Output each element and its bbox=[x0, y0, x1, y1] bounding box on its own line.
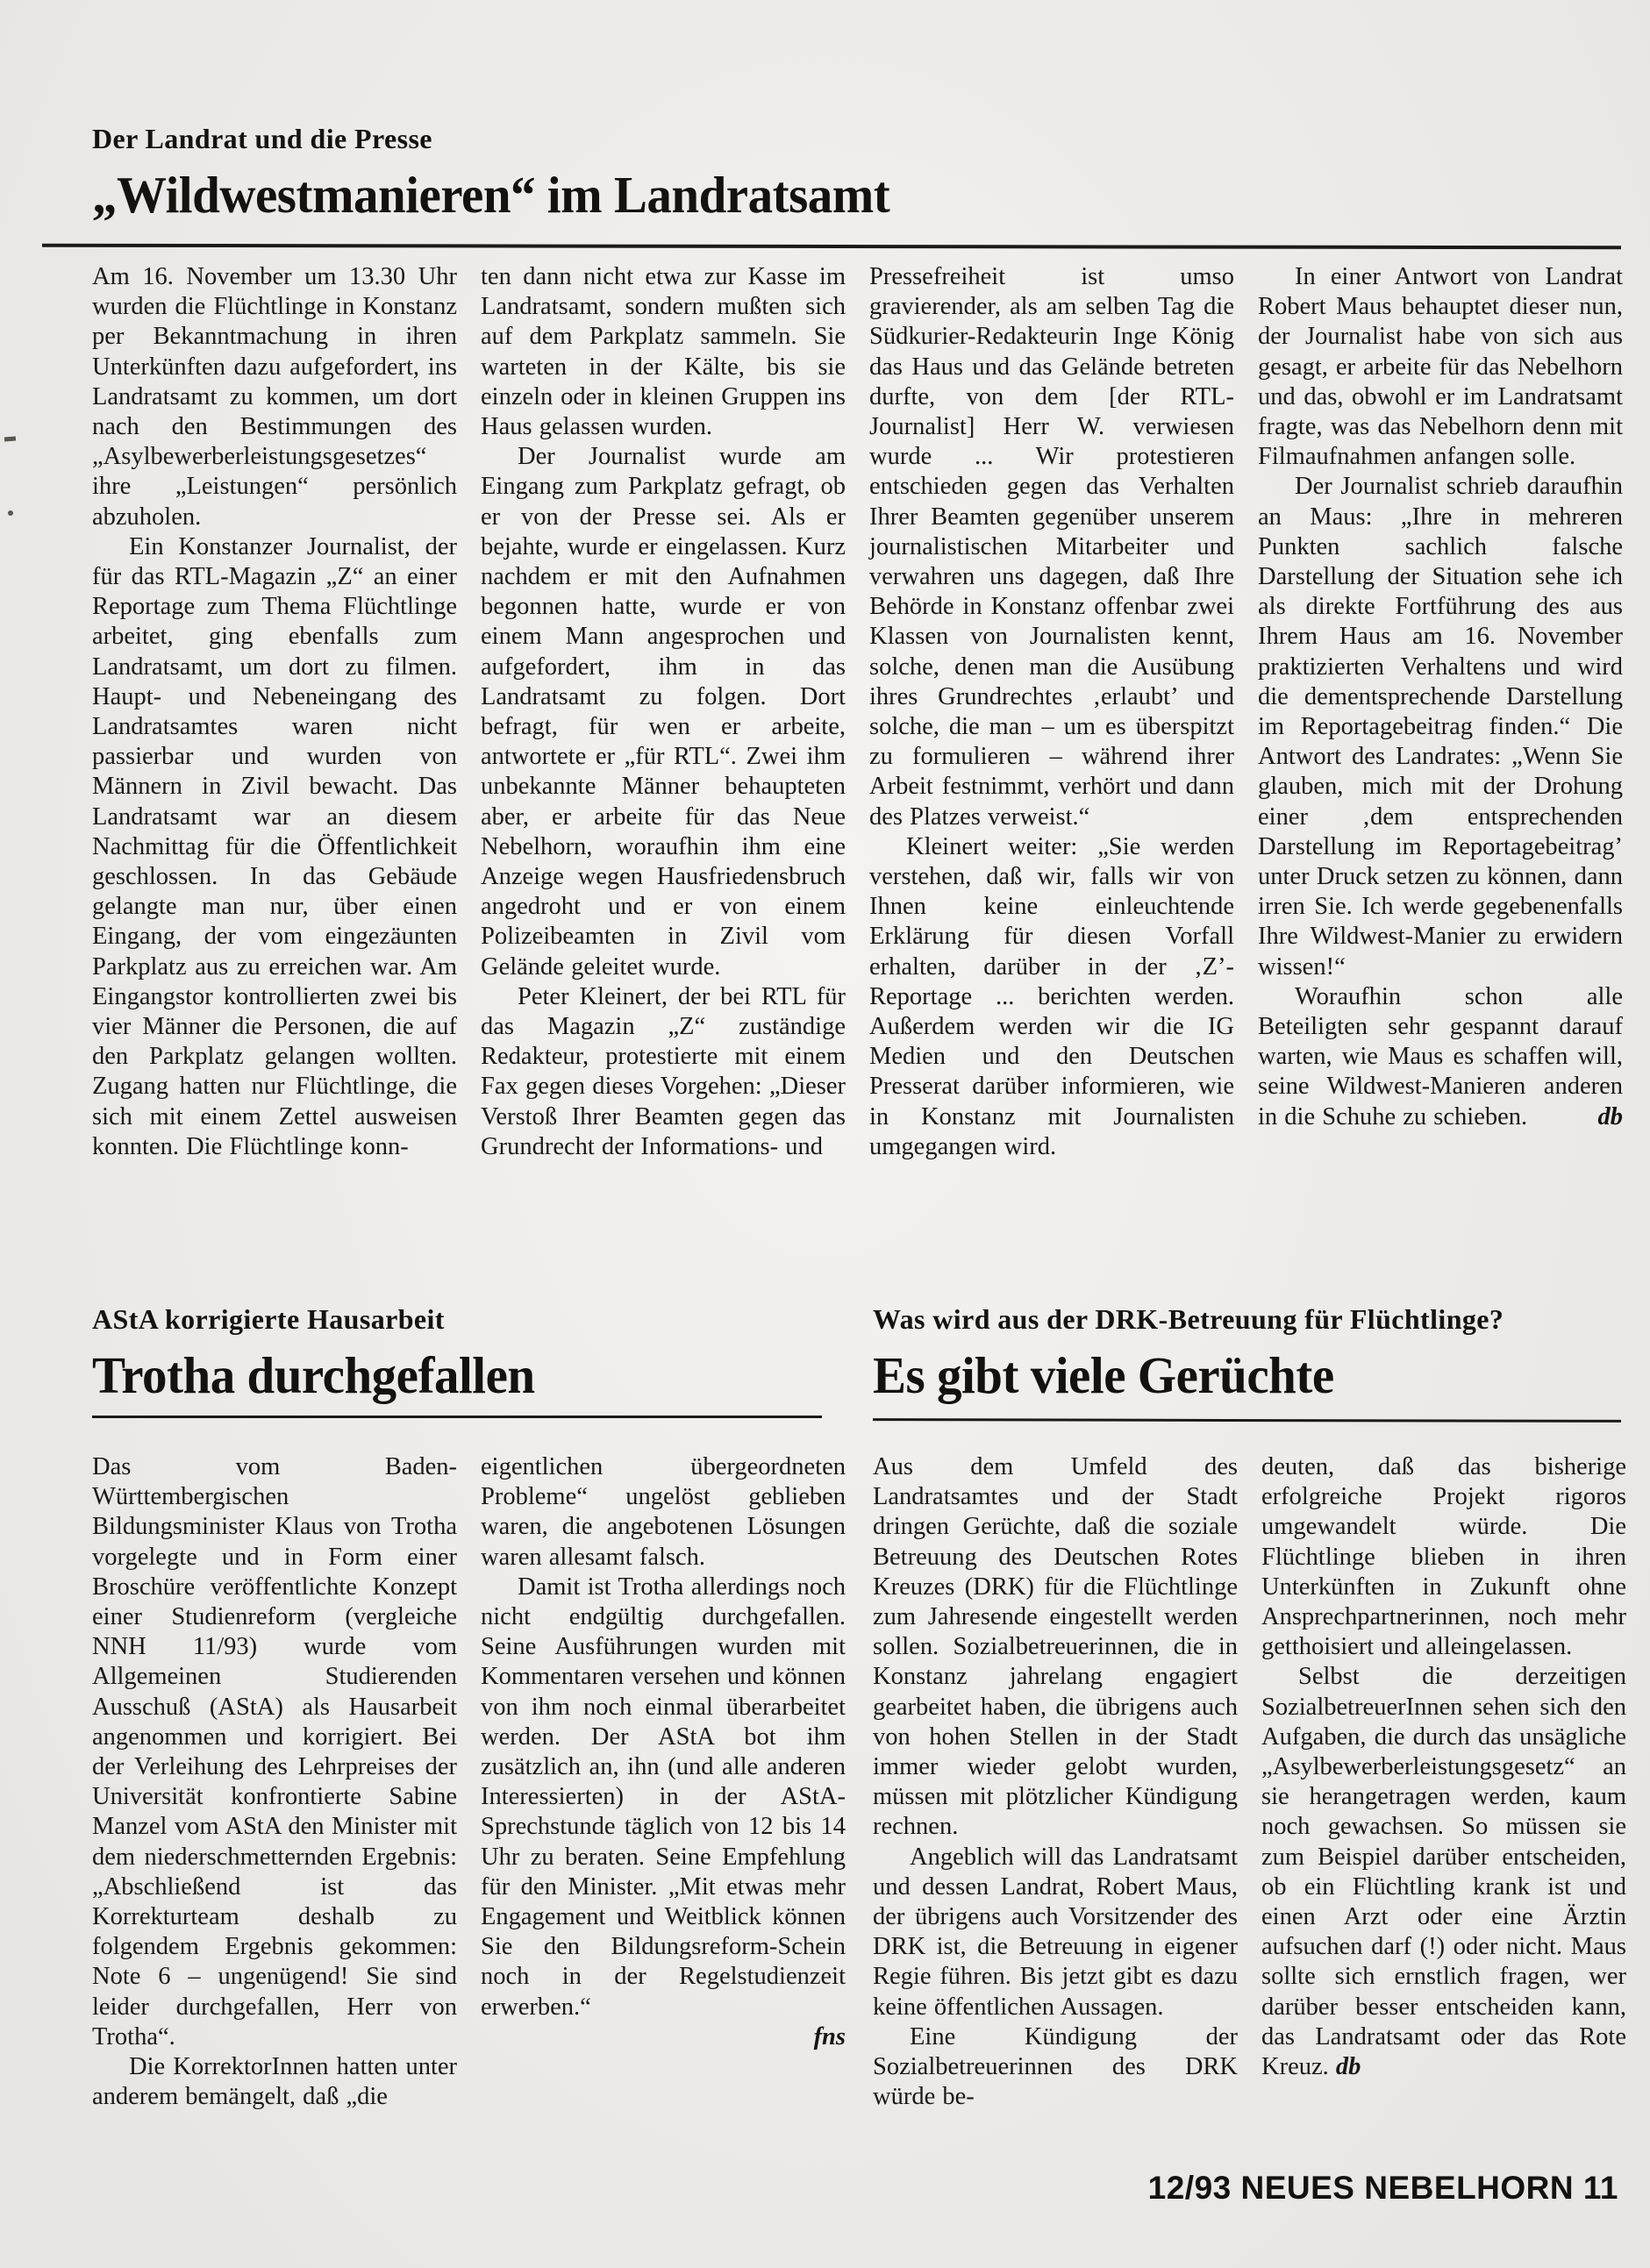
article-press-headline: „Wildwestmanieren“ im Landratsamt bbox=[92, 168, 889, 223]
article-press-header: Der Landrat und die Presse „Wildwestmani… bbox=[92, 123, 889, 221]
paragraph: Aus dem Umfeld des Landratsamtes und der… bbox=[873, 1452, 1238, 1843]
author-initials: fns bbox=[481, 2022, 846, 2052]
paragraph: Der Journalist schrieb daraufhin an Maus… bbox=[1258, 472, 1623, 981]
article-drk-header: Was wird aus der DRK-Betreuung für Flüch… bbox=[873, 1303, 1504, 1401]
text-column: Das vom Baden-Württembergischen Bildungs… bbox=[92, 1452, 457, 2112]
article-trotha-header: AStA korrigierte Hausarbeit Trotha durch… bbox=[92, 1303, 535, 1401]
headline-rule bbox=[42, 244, 1621, 250]
article-drk-columns: Aus dem Umfeld des Landratsamtes und der… bbox=[873, 1452, 1626, 2112]
page-folio: 12/93 NEUES NEBELHORN 11 bbox=[0, 2170, 1618, 2207]
paragraph: Angeblich will das Landratsamt und desse… bbox=[873, 1843, 1238, 2022]
article-press-columns: Am 16. November um 13.30 Uhr wurden die … bbox=[92, 262, 1623, 1162]
article-trotha-columns: Das vom Baden-Württembergischen Bildungs… bbox=[92, 1452, 846, 2112]
text-column: Pressefreiheit ist umso gravierender, al… bbox=[869, 262, 1234, 1162]
paragraph: Das vom Baden-Württembergischen Bildungs… bbox=[92, 1452, 457, 2052]
text-column: deuten, daß das bisherige erfolgreiche P… bbox=[1261, 1452, 1626, 2082]
text-column: ten dann nicht etwa zur Kasse im Landrat… bbox=[481, 262, 846, 1162]
author-initials: db bbox=[1329, 2053, 1361, 2080]
scan-artifact bbox=[4, 437, 16, 442]
text-column: Aus dem Umfeld des Landratsamtes und der… bbox=[873, 1452, 1238, 2112]
article-trotha-kicker: AStA korrigierte Hausarbeit bbox=[92, 1303, 535, 1335]
text-column: In einer Antwort von Landrat Robert Maus… bbox=[1258, 262, 1623, 1132]
paragraph: Ein Konstanzer Journalist, der für das R… bbox=[92, 532, 457, 1162]
paragraph: Die KorrektorInnen hatten unter anderem … bbox=[92, 2052, 457, 2112]
newspaper-page: Der Landrat und die Presse „Wildwestmani… bbox=[0, 0, 1650, 2268]
paragraph: Der Journalist wurde am Eingang zum Park… bbox=[481, 442, 846, 982]
scan-artifact bbox=[8, 510, 13, 516]
article-trotha-headline: Trotha durchgefallen bbox=[92, 1349, 535, 1403]
article-drk-headline: Es gibt viele Gerüchte bbox=[873, 1349, 1504, 1403]
paragraph: deuten, daß das bisherige erfolgreiche P… bbox=[1261, 1452, 1626, 1662]
paragraph: Pressefreiheit ist umso gravierender, al… bbox=[869, 262, 1234, 832]
paragraph: Peter Kleinert, der bei RTL für das Maga… bbox=[481, 982, 846, 1162]
paragraph: ten dann nicht etwa zur Kasse im Landrat… bbox=[481, 262, 846, 442]
paragraph: In einer Antwort von Landrat Robert Maus… bbox=[1258, 262, 1623, 472]
text-column: Am 16. November um 13.30 Uhr wurden die … bbox=[92, 262, 457, 1162]
paragraph: Am 16. November um 13.30 Uhr wurden die … bbox=[92, 262, 457, 532]
paragraph: eigentlichen übergeordneten Probleme“ un… bbox=[481, 1452, 846, 1573]
article-drk-kicker: Was wird aus der DRK-Betreuung für Flüch… bbox=[873, 1303, 1504, 1335]
paragraph: Kleinert weiter: „Sie werden verstehen, … bbox=[869, 832, 1234, 1162]
article-press-kicker: Der Landrat und die Presse bbox=[92, 123, 889, 154]
paragraph: Damit ist Trotha allerdings noch nicht e… bbox=[481, 1573, 846, 2022]
headline-rule bbox=[873, 1418, 1621, 1423]
paragraph: Eine Kündigung der Sozialbetreuerinnen d… bbox=[873, 2022, 1238, 2113]
text-column: eigentlichen übergeordneten Probleme“ un… bbox=[481, 1452, 846, 2052]
headline-rule bbox=[92, 1416, 822, 1418]
paragraph: Selbst die derzeitigen SozialbetreuerInn… bbox=[1261, 1662, 1626, 2082]
